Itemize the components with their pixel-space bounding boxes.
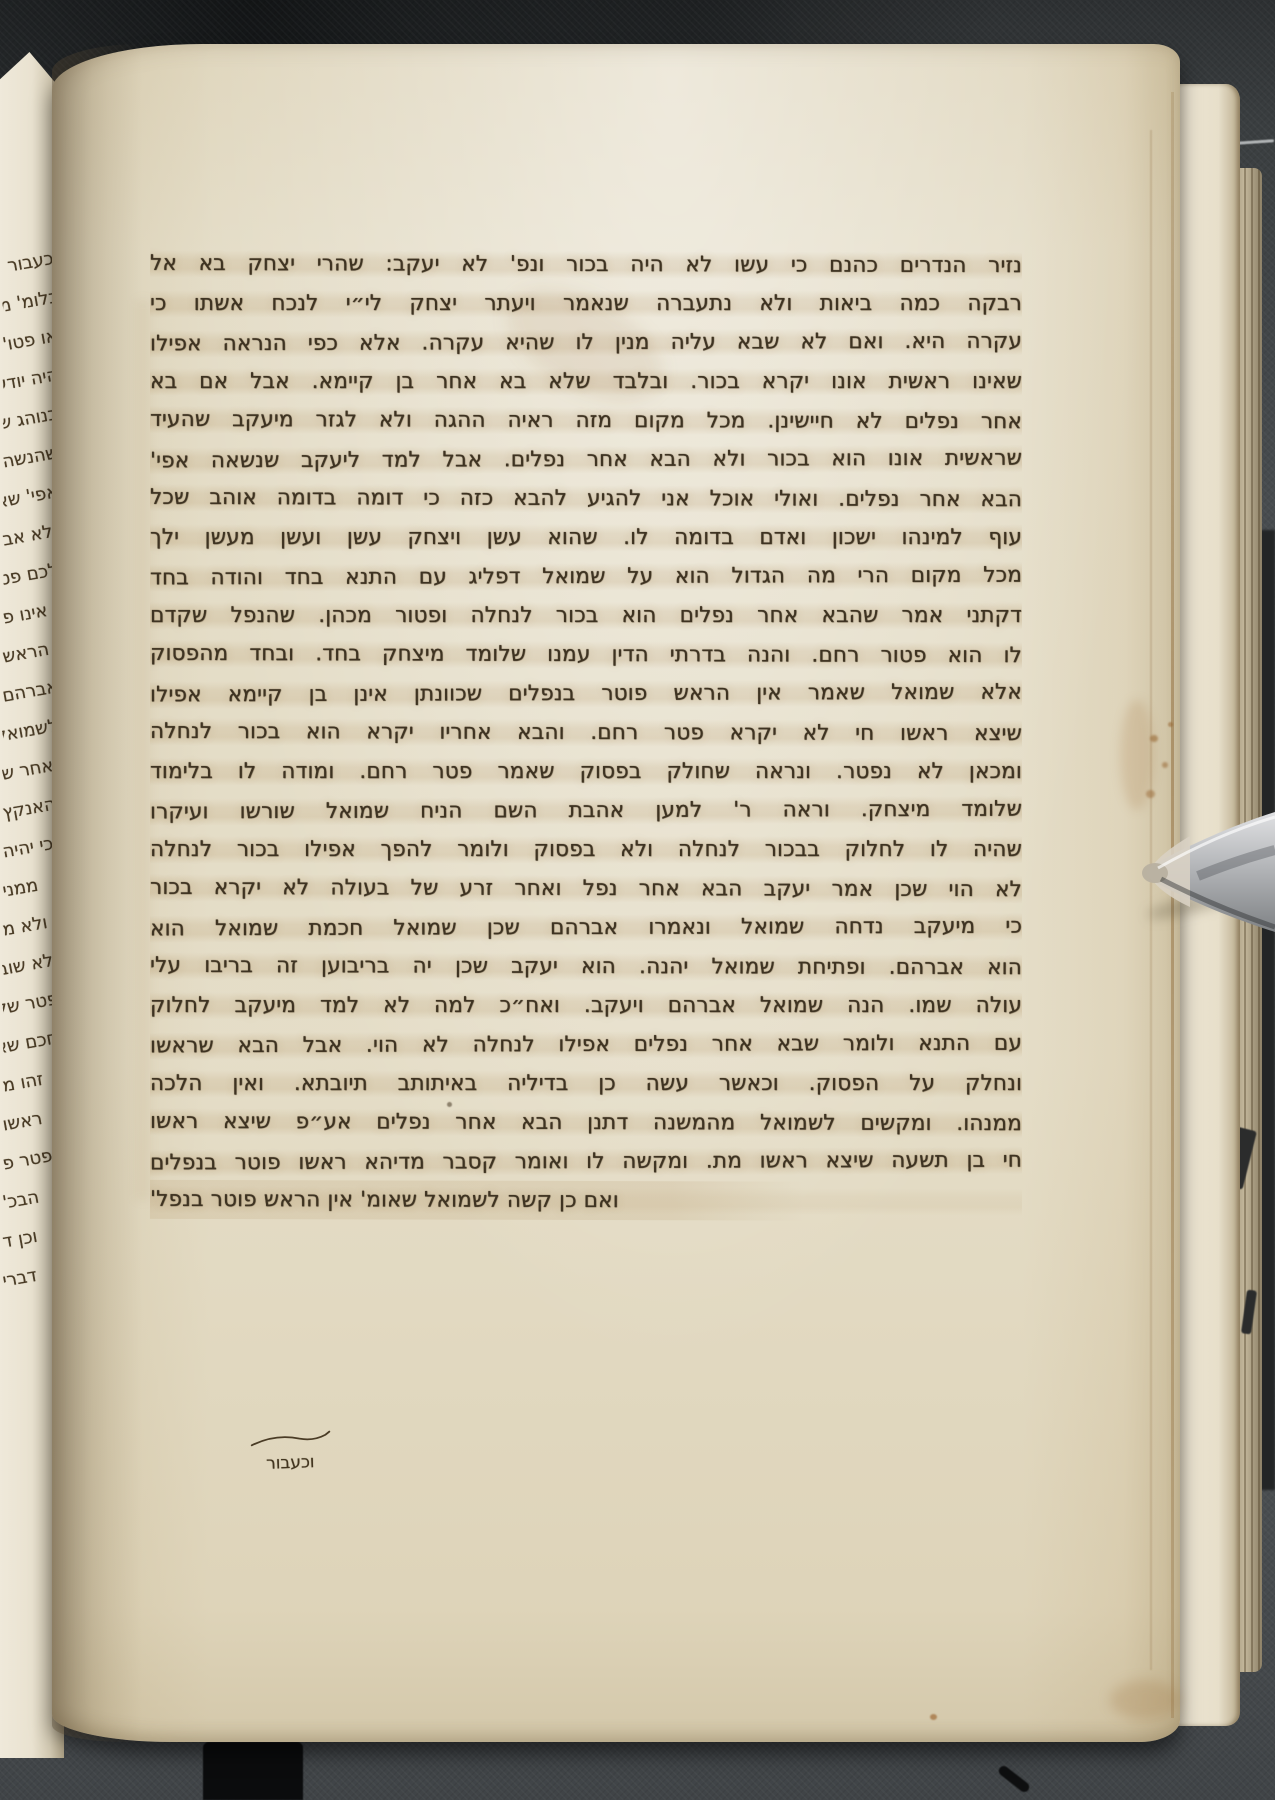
text-line: ונחלק על הפסוק. וכאשר עשה כן בדיליה באית… [150,1064,1022,1103]
text-line: שאינו ראשית אונו יקרא בכור. ובלבד שלא בא… [150,362,1022,401]
text-line: הבא אחר נפלים. ואולי אוכל אני להגיע להבא… [150,478,1022,519]
manuscript-photo: וכעבור של כלומ' מה או פטו' היה יודע בנוה… [0,0,1275,1800]
foxing-dot [1168,722,1173,727]
text-line: אלא שמואל שאמר אין הראש פוטר בנפלים שכוו… [150,673,1022,715]
text-line: עוף למינהו ישכון ואדם בדומה לו. שהוא עשן… [150,518,1022,557]
text-line: אחר נפלים לא חיישינן. מכל מקום מזה ראיה … [150,400,1022,441]
gutter-shadow [52,44,142,1742]
text-line: כי מיעקב נדחה שמואל ונאמרו אברהם שכן שמו… [150,907,1022,949]
facing-page-text-column: וכעבור של כלומ' מה או פטו' היה יודע בנוה… [2,238,58,1291]
text-line: שיצא ראשו חי לא יקרא פטר רחם. והבא אחריו… [150,712,1022,753]
text-line: ממנהו. ומקשים לשמואל מהמשנה דתנן הבא אחר… [150,1102,1022,1143]
text-line: לא הוי שכן אמר יעקב הבא אחר נפל ואחר זרע… [150,868,1022,909]
text-line: נזיר הנדרים כהנם כי עשו לא היה בכור ונפ'… [150,244,1022,285]
text-line-last: ואם כן קשה לשמואל שאומ' אין הראש פוטר בנ… [150,1180,1022,1221]
corner-stain [1110,1680,1180,1720]
text-line: עקרה היא. ואם לא שבא עליה מנין לו שהיא ע… [150,322,1022,364]
text-line: רבקה כמה ביאות ולא נתעברה שנאמר ויעתר יצ… [150,284,1022,323]
text-line: ומכאן לא נפטר. ונראה שחולק בפסוק שאמר פט… [150,752,1022,791]
text-line: חי בן תשעה שיצא ראשו מת. ומקשה לו ואומר … [150,1141,1022,1183]
text-line: דקתני אמר שהבא אחר נפלים הוא בכור לנחלה … [150,596,1022,635]
catchword-flourish-icon [247,1429,332,1450]
glass-page-weight-icon [1128,790,1275,940]
text-line: עולה שמו. הנה שמואל אברהם ויעקב. ואח״כ ל… [150,986,1022,1025]
text-line: עם התנא ולומר שבא אחר נפלים אפילו לנחלה … [150,1024,1022,1066]
text-line: שראשית אונו הוא בכור ולא הבא אחר נפלים. … [150,439,1022,481]
foxing-dot [930,1714,937,1720]
text-line: שלומד מיצחק. וראה ר' למען אהבת השם הניח … [150,790,1022,832]
catchword-word: וכעבור [248,1451,333,1476]
text-block: נזיר הנדרים כהנם כי עשו לא היה בכור ונפ'… [150,245,1022,1220]
foxing-dot [1150,735,1158,742]
ink-bleed-streak [136,300,150,1200]
text-line: מכל מקום הרי מה הגדול הוא על שמואל דפליג… [150,556,1022,598]
text-line: שהיה לו לחלוק בבכור לנחלה ולא בפסוק ולומ… [150,830,1022,869]
cradle-support [203,1742,303,1800]
catchword: וכעבור [247,1429,332,1476]
text-line: לו הוא פטור רחם. והנה בדרתי הדין עמנו של… [150,634,1022,675]
foxing-dot [1162,762,1168,768]
text-line: הוא אברהם. ופתיחת שמואל יהנה. הוא יעקב ש… [150,946,1022,987]
